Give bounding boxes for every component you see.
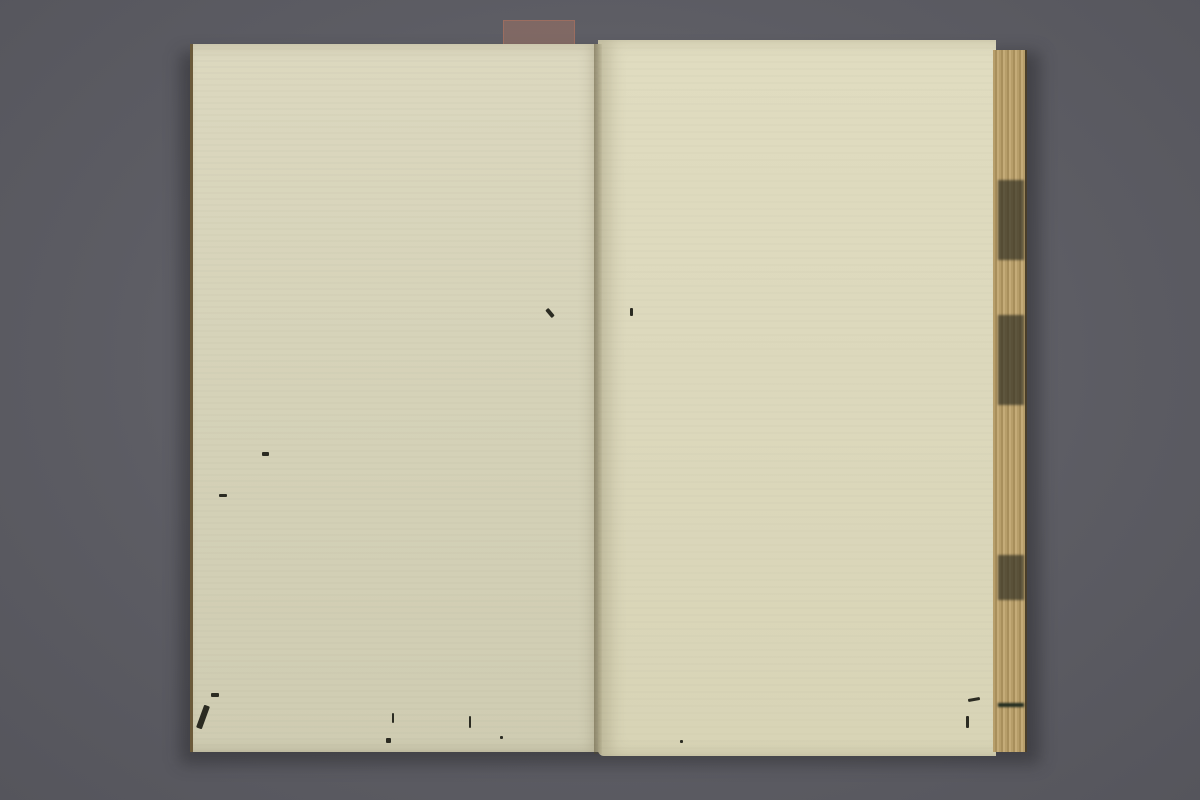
ink-speck xyxy=(630,308,633,316)
book-gutter xyxy=(594,44,602,754)
fore-edge-ink-mark xyxy=(998,555,1024,600)
ink-speck xyxy=(211,693,219,697)
ink-speck xyxy=(386,738,391,743)
fore-edge-ink-mark xyxy=(998,315,1024,405)
right-page xyxy=(598,40,996,756)
left-page xyxy=(190,44,603,752)
ink-speck xyxy=(500,736,503,739)
ink-speck xyxy=(219,494,227,497)
ink-speck xyxy=(966,716,969,728)
ink-speck xyxy=(262,452,269,456)
ink-speck xyxy=(680,740,683,743)
ink-speck xyxy=(392,713,394,723)
ink-speck xyxy=(469,716,471,728)
fore-edge-ink-mark xyxy=(998,180,1024,260)
fore-edge-line xyxy=(998,703,1024,707)
